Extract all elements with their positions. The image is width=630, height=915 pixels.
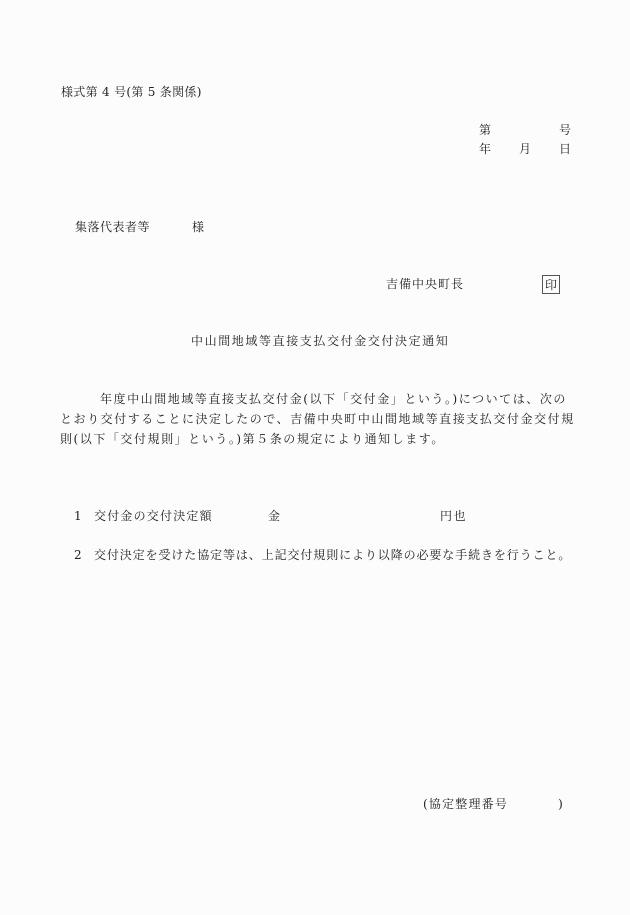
seal-label: 印 [545,279,557,291]
body-line: 則(以下「交付規則」という。)第５条の規定により通知します。 [60,433,575,453]
agreement-number: (協定整理番号) [423,798,564,810]
addressee: 集落代表者等様 [75,221,205,233]
amount-suffix: 円也 [440,510,467,522]
issue-date: 年 月 日 [479,143,571,155]
date-month: 月 [519,143,531,155]
body-line: とおり交付することに決定したので、吉備中央町中山間地域等直接支払交付金交付規 [60,413,575,433]
issuer-name: 吉備中央町長 [386,278,464,290]
addressee-name: 集落代表者等 [75,220,150,234]
item-label: 交付決定を受けた協定等は、上記交付規則により以降の必要な手続きを行うこと。 [94,549,571,561]
body-paragraph: 年度中山間地域等直接支払交付金(以下「交付金」という。)については、次の とおり… [60,393,575,453]
body-line: 年度中山間地域等直接支払交付金(以下「交付金」という。)については、次の [60,393,575,413]
document-title: 中山間地域等直接支払交付金交付決定通知 [191,335,449,347]
item-grant-amount: 1 交付金の交付決定額 金 円也 [74,510,213,522]
document-number-prefix: 第 [479,124,491,136]
item-number: 2 [74,549,94,561]
date-year: 年 [479,143,491,155]
addressee-honorific: 様 [192,220,205,234]
item-label: 交付金の交付決定額 [94,510,213,522]
agreement-number-close: ) [558,797,564,811]
item-number: 1 [74,510,94,522]
document-number: 第 号 [479,124,571,136]
form-identifier: 様式第 4 号(第 5 条関係) [61,86,202,98]
document-number-suffix: 号 [559,124,571,136]
amount-prefix: 金 [268,510,280,522]
date-day: 日 [559,143,571,155]
item-procedure-note: 2 交付決定を受けた協定等は、上記交付規則により以降の必要な手続きを行うこと。 [74,549,571,561]
seal-stamp-box: 印 [542,275,560,294]
agreement-number-label: (協定整理番号 [423,797,508,811]
